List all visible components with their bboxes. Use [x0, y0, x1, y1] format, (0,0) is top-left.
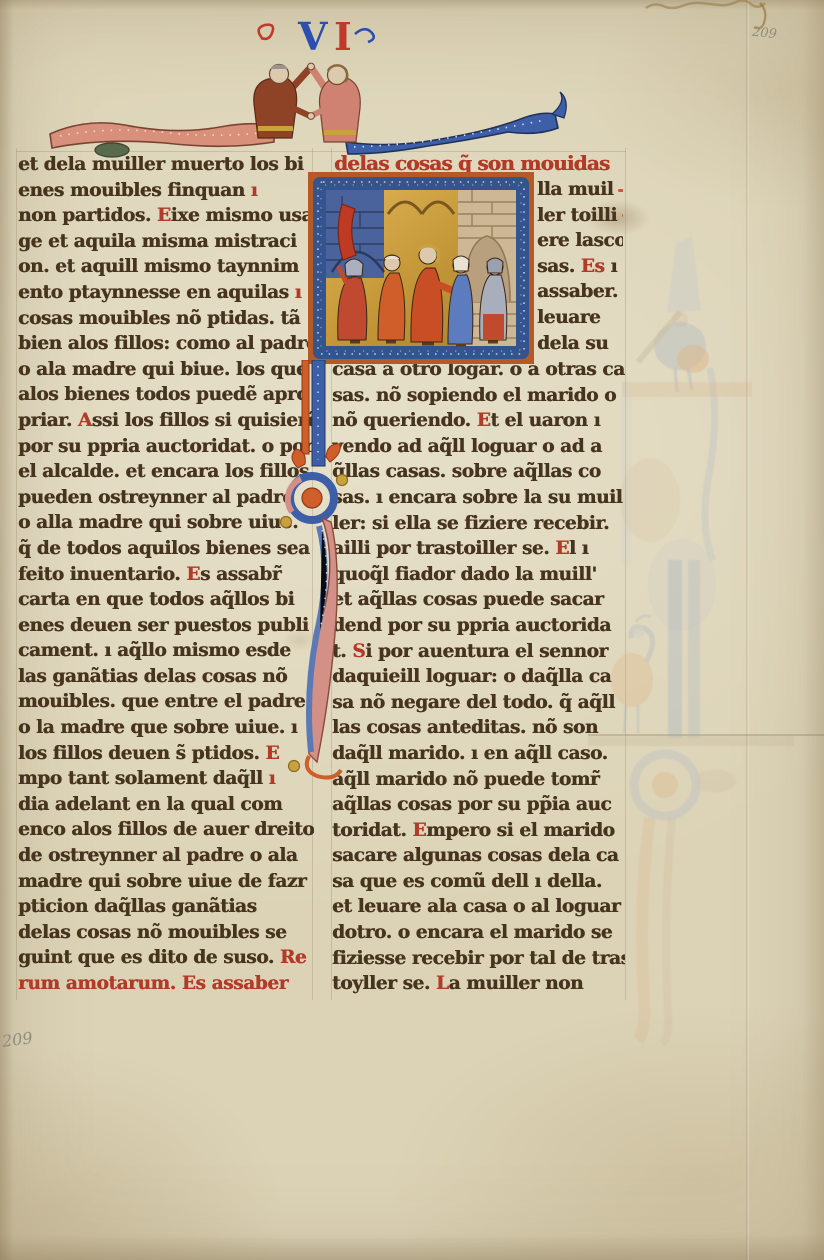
blue-flourish [355, 29, 374, 42]
manuscript-page: V I [0, 0, 824, 1260]
text-line: non partidos. Eixe mismo usa [18, 203, 314, 229]
text-line: carta en que todos aq̃llos bi [18, 587, 314, 613]
text-line: sa nõ negare del todo. q̃ aq̃ll [332, 690, 625, 716]
body-text: madre qui sobre uiue de fazr [18, 871, 306, 892]
text-line: el alcalde. et encara los fillos [18, 459, 314, 485]
body-text: ler: si ella se fiziere recebir. [332, 513, 609, 534]
text-line: rum amotarum. Es assaber [18, 971, 314, 997]
body-text: on. et aquill mismo taynnim [18, 256, 299, 277]
text-line: pueden ostreynner al padre [18, 485, 314, 511]
dancer-right [308, 63, 361, 142]
text-line: sas. ı encara sobre la su muil [332, 485, 625, 511]
rubricated-text: ı [251, 180, 258, 201]
body-text: non partidos. [18, 205, 157, 226]
cropped-inscription [642, 0, 802, 32]
ruling-line [16, 148, 17, 1000]
body-text: delas cosas nõ mouibles se [18, 922, 286, 943]
body-text: a muiller non [449, 973, 584, 994]
body-text: el alcalde. et encara los fillos [18, 461, 309, 482]
body-text: daq̃ll marido. ı en aq̃ll caso. [332, 743, 608, 764]
text-line: madre qui sobre uiue de fazr [18, 869, 314, 895]
body-text: ixe mismo usa [171, 205, 313, 226]
body-text: aq̃ll marido nõ puede tomr̃ [332, 769, 599, 790]
text-line: ge et aquila misma mistraci [18, 229, 314, 255]
header-figures-decoration [40, 62, 570, 159]
body-text: o la madre que sobre uiue. ı [18, 717, 297, 738]
body-text: daquieill loguar: o daq̃lla ca [332, 666, 611, 687]
quire-letter-v: V [297, 14, 329, 58]
rubricated-text: A [78, 410, 92, 431]
text-line: et leuare ala casa o al loguar [332, 894, 625, 920]
text-line: ere lasco [537, 228, 623, 254]
text-line: por su ppria auctoridat. o por [18, 434, 314, 460]
body-text: et leuare ala casa o al loguar [332, 896, 620, 917]
text-line: leuare [537, 305, 623, 331]
text-line: de ostreynner al padre o ala [18, 843, 314, 869]
text-column-left: et dela muiller muerto los bienes mouibl… [18, 152, 314, 997]
text-line: sas. Es ı [537, 254, 623, 280]
text-line: lla muil [537, 177, 623, 203]
body-text: et aq̃llas cosas puede sacar [332, 589, 603, 610]
body-text: o alla madre qui sobre uiue. [18, 512, 298, 533]
body-text: dela su [537, 333, 608, 354]
text-line: dia adelant en la qual com [18, 792, 314, 818]
body-text: feito inuentario. [18, 564, 186, 585]
body-text: i por auentura el sennor [365, 641, 608, 662]
folio-number-bottom: 209 [1, 1028, 34, 1051]
text-line: toyller se. La muiller non [332, 971, 625, 997]
text-line: daq̃ll marido. ı en aq̃ll caso. [332, 741, 625, 767]
rubricated-text: Re [280, 947, 306, 968]
text-line: alos bienes todos puedẽ apro [18, 382, 314, 408]
body-text: cosas mouibles nõ ptidas. tã [18, 308, 300, 329]
text-line: cament. ı aq̃llo mismo esde [18, 638, 314, 664]
body-text: ere lasco [537, 230, 623, 251]
text-line: aq̃ll marido nõ puede tomr̃ [332, 767, 625, 793]
text-line: enes mouibles finquan ı [18, 178, 314, 204]
body-text: enco alos fillos de auer dreito [18, 819, 314, 840]
body-text: mouibles. que entre el padre [18, 691, 305, 712]
text-line: sas. nõ sopiendo el marido o [332, 383, 625, 409]
red-flourish [259, 25, 273, 39]
text-line: q̃llas casas. sobre aq̃llas co [332, 459, 625, 485]
body-text: dotro. o encara el marido se [332, 922, 612, 943]
red-line-filler [618, 189, 623, 192]
body-text: los fillos deuen s̃ ptidos. [18, 743, 265, 764]
rubricated-text: E [477, 410, 491, 431]
text-line: o ala madre qui biue. los que [18, 357, 314, 383]
text-line: mpo tant solament daq̃ll ı [18, 766, 314, 792]
text-line: los fillos deuen s̃ ptidos. E [18, 741, 314, 767]
text-line: bien alos fillos: como al padre [18, 331, 314, 357]
text-line: ailli por trastoiller se. El ı [332, 536, 625, 562]
dancer-left [254, 64, 311, 138]
body-text: bien alos fillos: como al padre [18, 333, 314, 354]
text-line: enes deuen ser puestos publi [18, 613, 314, 639]
body-text: dia adelant en la qual com [18, 794, 282, 815]
body-text: assaber. [537, 281, 618, 302]
rubricated-text: E [157, 205, 171, 226]
text-line: las ganãtias delas cosas nõ [18, 664, 314, 690]
rubricated-text: E [186, 564, 200, 585]
text-line: fiziesse recebir por tal de tras [332, 946, 625, 972]
body-text: s assabr̃ [200, 564, 281, 585]
text-line: ler toilli [537, 203, 623, 229]
body-text: dend por su ppria auctorida [332, 615, 611, 636]
body-text: priar. [18, 410, 78, 431]
body-text: sas. nõ sopiendo el marido o [332, 385, 616, 406]
body-text: enes deuen ser puestos publi [18, 615, 309, 636]
text-line: aq̃llas cosas por su pp̃ia auc [332, 792, 625, 818]
text-line: dotro. o encara el marido se [332, 920, 625, 946]
right-ribbon [346, 92, 566, 154]
rubricated-text: ı [269, 768, 276, 789]
body-text: ge et aquila misma mistraci [18, 231, 297, 252]
rubricated-text: rum amotarum. Es assaber [18, 973, 288, 994]
text-line: las cosas anteditas. nõ son [332, 715, 625, 741]
body-text: cament. ı aq̃llo mismo esde [18, 640, 291, 661]
text-line: guint que es dito de suso. Re [18, 945, 314, 971]
body-text: carta en que todos aq̃llos bi [18, 589, 294, 610]
clasped-hands [308, 63, 315, 70]
body-text: las cosas anteditas. nõ son [332, 717, 598, 738]
body-text: toridat. [332, 820, 412, 841]
body-text: por su ppria auctoridat. o por [18, 436, 313, 457]
text-line: ento ptaynnesse en aquilas ı [18, 280, 314, 306]
body-text: las ganãtias delas cosas nõ [18, 666, 287, 687]
body-text: pticion daq̃llas ganãtias [18, 896, 257, 917]
body-text: mpo tant solament daq̃ll [18, 768, 269, 789]
body-text: t el uaron ı [490, 410, 600, 431]
text-line: pticion daq̃llas ganãtias [18, 894, 314, 920]
body-text: quoq̃l fiador dado la muill' [332, 564, 597, 585]
initial-tail-ghost [634, 754, 738, 1044]
text-line: sacare algunas cosas dela ca [332, 843, 625, 869]
body-text: sas. ı encara sobre la su muil [332, 487, 622, 508]
text-line: o alla madre qui sobre uiue. [18, 510, 314, 536]
rubricated-text: ı [295, 282, 302, 303]
text-line: mouibles. que entre el padre [18, 689, 314, 715]
text-line: et aq̃llas cosas puede sacar [332, 587, 625, 613]
quire-letter-i: I [334, 14, 352, 58]
text-line: quoq̃l fiador dado la muill' [332, 562, 625, 588]
body-text: l ı [569, 538, 588, 559]
body-text: ailli por trastoiller se. [332, 538, 555, 559]
body-text: yendo ad aq̃ll loguar o ad a [332, 436, 602, 457]
text-column-right-narrow: lla muiller toilliere lascosas. Es ıassa… [537, 177, 623, 356]
body-text: leuare [537, 307, 600, 328]
text-line: feito inuentario. Es assabr̃ [18, 562, 314, 588]
body-text: mpero si el marido [426, 820, 614, 841]
body-text: ı [604, 256, 617, 277]
text-line: yendo ad aq̃ll loguar o ad a [332, 434, 625, 460]
text-line: toridat. Empero si el marido [332, 818, 625, 844]
text-line: q̃ de todos aquilos bienes sea [18, 536, 314, 562]
body-text: toyller se. [332, 973, 436, 994]
initial-tail [278, 360, 358, 792]
folio-number-top: 209 [751, 25, 777, 43]
body-text: guint que es dito de suso. [18, 947, 280, 968]
body-text: q̃ de todos aquilos bienes sea [18, 538, 310, 559]
text-line: on. et aquill mismo taynnim [18, 254, 314, 280]
body-text: pueden ostreynner al padre [18, 487, 294, 508]
body-text: fiziesse recebir por tal de tras [332, 948, 625, 969]
quire-mark: V I [252, 12, 392, 58]
body-text: sa que es comũ dell ı della. [332, 871, 602, 892]
text-line: o la madre que sobre uiue. ı [18, 715, 314, 741]
joined-hands [308, 113, 315, 120]
body-text: de ostreynner al padre o ala [18, 845, 297, 866]
text-line: priar. Assi los fillos si quisierẽ [18, 408, 314, 434]
body-text: et dela muiller muerto los bi [18, 154, 303, 175]
rubricated-text: Es [581, 256, 605, 277]
rubricated-text: E [555, 538, 569, 559]
text-line: assaber. [537, 279, 623, 305]
body-text: o ala madre qui biue. los que [18, 359, 307, 380]
text-line: t. Si por auentura el sennor [332, 639, 625, 665]
text-line: sa que es comũ dell ı della. [332, 869, 625, 895]
body-text: ler toilli [537, 205, 617, 226]
body-text: ento ptaynnesse en aquilas [18, 282, 295, 303]
text-line: cosas mouibles nõ ptidas. tã [18, 306, 314, 332]
body-text: sas. [537, 256, 581, 277]
body-text: lla muil [537, 179, 613, 200]
text-line: enco alos fillos de auer dreito [18, 817, 314, 843]
text-column-right: casa a otro logar. o a otras casas. nõ s… [332, 357, 625, 997]
red-line-filler [622, 214, 623, 217]
text-line: dend por su ppria auctorida [332, 613, 625, 639]
figure-woman-raising-hands [338, 259, 367, 340]
illuminated-initial [308, 172, 534, 364]
text-line: daquieill loguar: o daq̃lla ca [332, 664, 625, 690]
rubricated-text: L [436, 973, 449, 994]
body-text: q̃llas casas. sobre aq̃llas co [332, 461, 601, 482]
body-text: sacare algunas cosas dela ca [332, 845, 618, 866]
rubricated-text: E [412, 820, 426, 841]
body-text: sa nõ negare del todo. q̃ aq̃ll [332, 692, 615, 713]
text-line: et dela muiller muerto los bi [18, 152, 314, 178]
text-line: nõ queriendo. Et el uaron ı [332, 408, 625, 434]
text-line: ler: si ella se fiziere recebir. [332, 511, 625, 537]
body-text: aq̃llas cosas por su pp̃ia auc [332, 794, 611, 815]
body-text: alos bienes todos puedẽ apro [18, 384, 308, 405]
text-line: dela su [537, 331, 623, 357]
body-text: enes mouibles finquan [18, 180, 251, 201]
text-line: delas cosas nõ mouibles se [18, 920, 314, 946]
